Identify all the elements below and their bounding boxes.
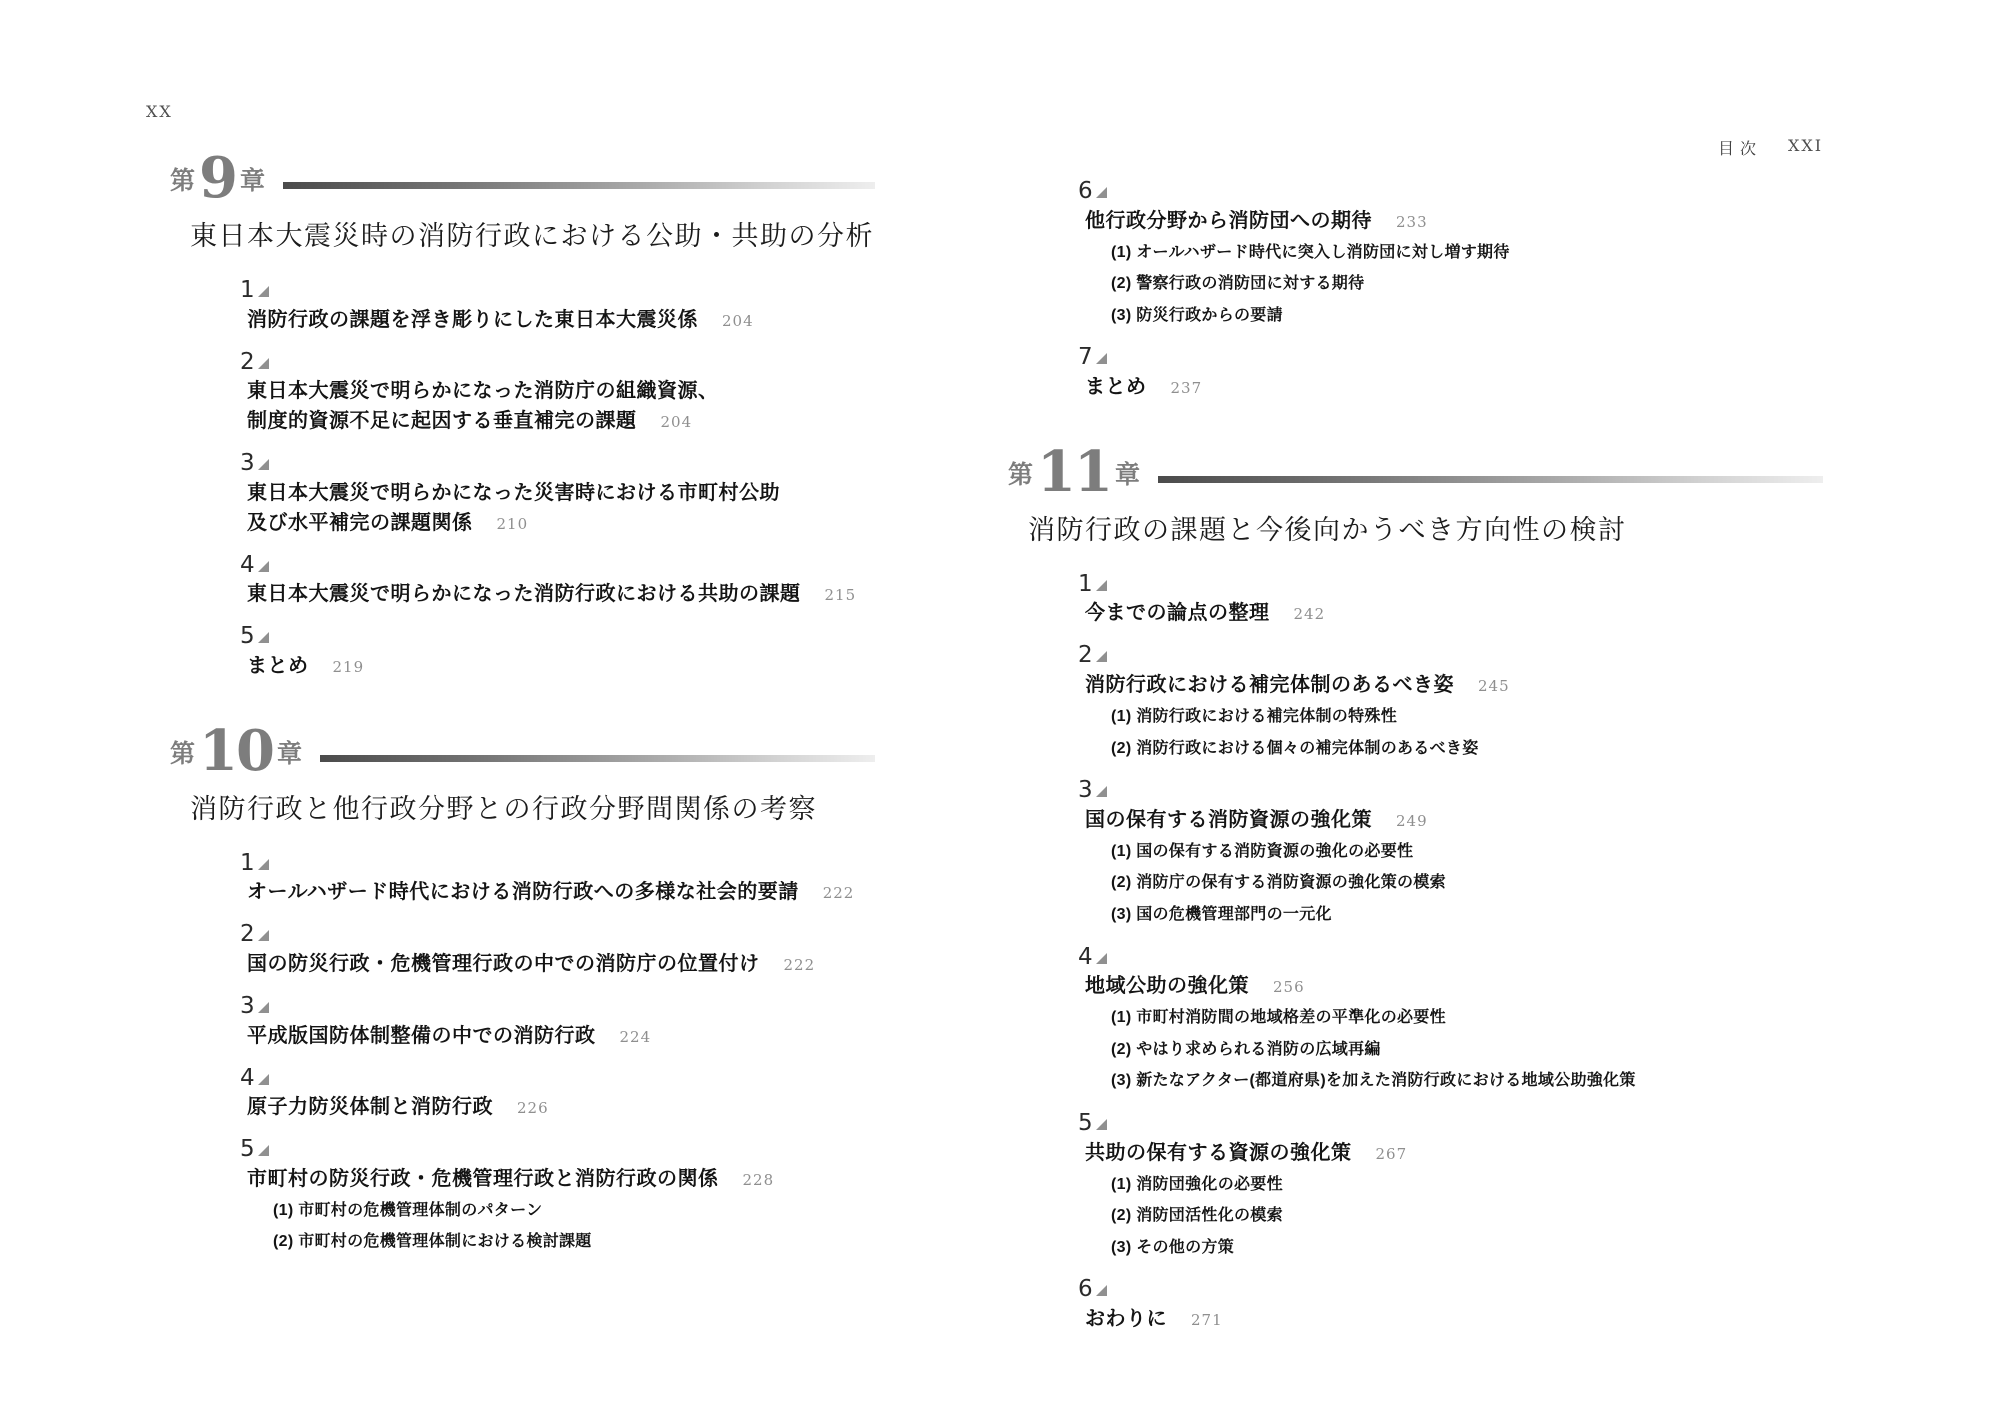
section-title-line: 今までの論点の整理242 (1085, 598, 1823, 628)
section-number-row: 5 (240, 1136, 875, 1164)
subsection-item: (1) オールハザード時代に突入し消防団に対し増す期待 (1111, 238, 1823, 268)
section-number-row: 5 (240, 623, 875, 651)
section-page-number: 237 (1171, 379, 1203, 397)
section-title-line: 市町村の防災行政・危機管理行政と消防行政の関係228 (247, 1164, 875, 1194)
section-title: 国の保有する消防資源の強化策 (1085, 809, 1372, 831)
section-title-line: 国の防災行政・危機管理行政の中での消防庁の位置付け222 (247, 949, 875, 979)
section-title: 市町村の防災行政・危機管理行政と消防行政の関係 (247, 1168, 719, 1190)
section-title-line: 制度的資源不足に起因する垂直補完の課題204 (247, 406, 875, 436)
section-marker-icon (1096, 353, 1107, 364)
chapter-number: 9 (199, 156, 236, 202)
section-marker-icon (258, 1074, 269, 1085)
section-page-number: 219 (333, 658, 365, 676)
section-number-row: 2 (240, 349, 875, 377)
section-title: 今までの論点の整理 (1085, 602, 1270, 624)
subsection-item: (3) 防災行政からの要請 (1111, 301, 1823, 331)
section-title-line: 及び水平補完の課題関係210 (247, 508, 875, 538)
toc-entry: 5共助の保有する資源の強化策267(1) 消防団強化の必要性(2) 消防団活性化… (1008, 1110, 1823, 1262)
chapter-heading: 第10章消防行政と他行政分野との行政分野間関係の考察 (170, 729, 875, 826)
section-number: 2 (1078, 642, 1093, 668)
subsection-item: (2) 警察行政の消防団に対する期待 (1111, 269, 1823, 299)
section-number: 2 (240, 349, 255, 375)
subsection-item: (2) 消防団活性化の模索 (1111, 1201, 1823, 1231)
subsection-item: (1) 市町村消防間の地域格差の平準化の必要性 (1111, 1003, 1823, 1033)
section-number-row: 4 (1078, 944, 1823, 972)
chapter-title: 消防行政と他行政分野との行政分野間関係の考察 (190, 787, 875, 826)
chapter-suffix: 章 (1115, 455, 1140, 491)
chapter-gradient-rule (283, 182, 875, 189)
section-page-number: 222 (784, 956, 816, 974)
section-page-number: 210 (497, 515, 529, 533)
section-title: 共助の保有する資源の強化策 (1085, 1142, 1352, 1164)
section-page-number: 233 (1396, 213, 1428, 231)
chapter-gradient-rule (1158, 476, 1823, 483)
section-page-number: 245 (1478, 677, 1510, 695)
section-page-number: 204 (722, 312, 754, 330)
subsection-item: (3) 国の危機管理部門の一元化 (1111, 900, 1823, 930)
toc-entry: 2消防行政における補完体制のあるべき姿245(1) 消防行政における補完体制の特… (1008, 642, 1823, 763)
section-title: 平成版国防体制整備の中での消防行政 (247, 1025, 596, 1047)
subsection-item: (1) 国の保有する消防資源の強化の必要性 (1111, 837, 1823, 867)
subsection-item: (2) やはり求められる消防の広域再編 (1111, 1035, 1823, 1065)
chapter-prefix: 第 (170, 734, 195, 770)
section-number-row: 7 (1078, 344, 1823, 372)
section-title: 東日本大震災で明らかになった消防庁の組織資源、 (247, 380, 719, 402)
section-number: 4 (240, 552, 255, 578)
section-title-line: 地域公助の強化策256 (1085, 971, 1823, 1001)
section-marker-icon (258, 859, 269, 870)
section-number-row: 1 (240, 277, 875, 305)
section-title: まとめ (247, 655, 309, 677)
section-title-line: 消防行政における補完体制のあるべき姿245 (1085, 670, 1823, 700)
section-number: 3 (1078, 777, 1093, 803)
section-number: 5 (1078, 1110, 1093, 1136)
toc-entry: 5市町村の防災行政・危機管理行政と消防行政の関係228(1) 市町村の危機管理体… (170, 1136, 875, 1257)
subsection-item: (3) 新たなアクター(都道府県)を加えた消防行政における地域公助強化策 (1111, 1066, 1823, 1096)
section-marker-icon (258, 358, 269, 369)
left-page-column: 第9章東日本大震災時の消防行政における公助・共助の分析1消防行政の課題を浮き彫り… (170, 156, 875, 1271)
chapter-heading: 第9章東日本大震災時の消防行政における公助・共助の分析 (170, 156, 875, 253)
section-number-row: 6 (1078, 1276, 1823, 1304)
section-number: 2 (240, 921, 255, 947)
section-title-line: 東日本大震災で明らかになった消防行政における共助の課題215 (247, 579, 875, 609)
section-number-row: 2 (1078, 642, 1823, 670)
section-number: 3 (240, 993, 255, 1019)
toc-entry: 6おわりに271 (1008, 1276, 1823, 1334)
section-title-line: まとめ237 (1085, 372, 1823, 402)
section-marker-icon (1096, 786, 1107, 797)
section-title: 及び水平補完の課題関係 (247, 512, 473, 534)
chapter-heading: 第11章消防行政の課題と今後向かうべき方向性の検討 (1008, 450, 1823, 547)
section-number: 5 (240, 623, 255, 649)
toc-entry: 2国の防災行政・危機管理行政の中での消防庁の位置付け222 (170, 921, 875, 979)
section-title-line: 平成版国防体制整備の中での消防行政224 (247, 1021, 875, 1051)
section-title-line: 原子力防災体制と消防行政226 (247, 1092, 875, 1122)
section-page-number: 222 (823, 884, 855, 902)
section-page-number: 271 (1191, 1311, 1223, 1329)
section-number-row: 2 (240, 921, 875, 949)
section-page-number: 224 (620, 1028, 652, 1046)
section-title-line: 共助の保有する資源の強化策267 (1085, 1138, 1823, 1168)
section-title-line: 東日本大震災で明らかになった災害時における市町村公助 (247, 478, 875, 508)
page-number-right: XXI (1788, 136, 1823, 159)
chapter-title: 消防行政の課題と今後向かうべき方向性の検討 (1028, 508, 1823, 547)
chapter-gradient-rule (320, 755, 875, 762)
section-number-row: 6 (1078, 178, 1823, 206)
page-number-left: XX (146, 102, 173, 121)
section-title: おわりに (1085, 1308, 1167, 1330)
chapter-suffix: 章 (240, 161, 265, 197)
section-marker-icon (258, 632, 269, 643)
subsection-item: (1) 市町村の危機管理体制のパターン (273, 1196, 875, 1226)
section-number-row: 4 (240, 552, 875, 580)
section-title-line: まとめ219 (247, 651, 875, 681)
toc-entry: 4原子力防災体制と消防行政226 (170, 1065, 875, 1123)
section-number: 6 (1078, 1276, 1093, 1302)
subsection-item: (3) その他の方策 (1111, 1233, 1823, 1263)
subsection-item: (1) 消防行政における補完体制の特殊性 (1111, 702, 1823, 732)
chapter-label: 第9章 (170, 156, 875, 202)
section-page-number: 249 (1396, 812, 1428, 830)
section-number: 4 (240, 1065, 255, 1091)
section-marker-icon (258, 459, 269, 470)
toc-entry: 1今までの論点の整理242 (1008, 571, 1823, 629)
section-title: 地域公助の強化策 (1085, 975, 1249, 997)
chapter-number: 10 (199, 729, 273, 775)
chapter-label: 第11章 (1008, 450, 1823, 496)
section-number: 4 (1078, 944, 1093, 970)
section-title-line: 消防行政の課題を浮き彫りにした東日本大震災係204 (247, 305, 875, 335)
toc-entry: 2東日本大震災で明らかになった消防庁の組織資源、制度的資源不足に起因する垂直補完… (170, 349, 875, 437)
section-number-row: 3 (1078, 777, 1823, 805)
section-number-row: 1 (1078, 571, 1823, 599)
toc-entry: 3国の保有する消防資源の強化策249(1) 国の保有する消防資源の強化の必要性(… (1008, 777, 1823, 929)
section-title-line: オールハザード時代における消防行政への多様な社会的要請222 (247, 877, 875, 907)
section-marker-icon (1096, 953, 1107, 964)
subsection-item: (2) 市町村の危機管理体制における検討課題 (273, 1227, 875, 1257)
section-marker-icon (258, 286, 269, 297)
section-title: 東日本大震災で明らかになった災害時における市町村公助 (247, 482, 780, 504)
chapter-number: 11 (1037, 450, 1111, 496)
section-number: 1 (240, 277, 255, 303)
section-page-number: 204 (661, 413, 693, 431)
chapter-label: 第10章 (170, 729, 875, 775)
section-number-row: 5 (1078, 1110, 1823, 1138)
section-page-number: 215 (825, 586, 857, 604)
toc-entry: 5まとめ219 (170, 623, 875, 681)
section-number-row: 1 (240, 850, 875, 878)
section-title-line: おわりに271 (1085, 1304, 1823, 1334)
running-head-right: 目次 XXI (1718, 136, 1823, 159)
subsection-item: (2) 消防行政における個々の補完体制のあるべき姿 (1111, 734, 1823, 764)
subsection-item: (1) 消防団強化の必要性 (1111, 1170, 1823, 1200)
section-marker-icon (1096, 1119, 1107, 1130)
chapter-suffix: 章 (277, 734, 302, 770)
section-title: 原子力防災体制と消防行政 (247, 1096, 493, 1118)
chapter-prefix: 第 (170, 161, 195, 197)
section-number-row: 3 (240, 993, 875, 1021)
section-marker-icon (258, 561, 269, 572)
toc-entry: 1消防行政の課題を浮き彫りにした東日本大震災係204 (170, 277, 875, 335)
section-page-number: 226 (517, 1099, 549, 1117)
section-title-line: 国の保有する消防資源の強化策249 (1085, 805, 1823, 835)
section-page-number: 256 (1273, 978, 1305, 996)
section-marker-icon (1096, 580, 1107, 591)
section-title: 消防行政の課題を浮き彫りにした東日本大震災係 (247, 309, 698, 331)
section-title: 制度的資源不足に起因する垂直補完の課題 (247, 410, 637, 432)
section-page-number: 242 (1294, 605, 1326, 623)
section-title: 消防行政における補完体制のあるべき姿 (1085, 674, 1454, 696)
section-number: 1 (1078, 571, 1093, 597)
toc-entry: 4地域公助の強化策256(1) 市町村消防間の地域格差の平準化の必要性(2) や… (1008, 944, 1823, 1096)
section-title-line: 東日本大震災で明らかになった消防庁の組織資源、 (247, 376, 875, 406)
section-marker-icon (1096, 651, 1107, 662)
section-title: 東日本大震災で明らかになった消防行政における共助の課題 (247, 583, 801, 605)
toc-entry: 6他行政分野から消防団への期待233(1) オールハザード時代に突入し消防団に対… (1008, 178, 1823, 330)
toc-entry: 7まとめ237 (1008, 344, 1823, 402)
section-title-line: 他行政分野から消防団への期待233 (1085, 206, 1823, 236)
section-title: オールハザード時代における消防行政への多様な社会的要請 (247, 881, 799, 903)
section-page-number: 267 (1376, 1145, 1408, 1163)
section-number: 5 (240, 1136, 255, 1162)
right-page-column: 6他行政分野から消防団への期待233(1) オールハザード時代に突入し消防団に対… (1008, 178, 1823, 1348)
toc-entry: 4東日本大震災で明らかになった消防行政における共助の課題215 (170, 552, 875, 610)
section-marker-icon (1096, 1285, 1107, 1296)
section-number: 7 (1078, 344, 1093, 370)
section-marker-icon (258, 930, 269, 941)
subsection-item: (2) 消防庁の保有する消防資源の強化策の模索 (1111, 868, 1823, 898)
chapter-prefix: 第 (1008, 455, 1033, 491)
section-marker-icon (258, 1002, 269, 1013)
section-title: 他行政分野から消防団への期待 (1085, 210, 1372, 232)
section-title: 国の防災行政・危機管理行政の中での消防庁の位置付け (247, 953, 760, 975)
toc-entry: 3平成版国防体制整備の中での消防行政224 (170, 993, 875, 1051)
section-number-row: 4 (240, 1065, 875, 1093)
section-marker-icon (1096, 187, 1107, 198)
section-number: 1 (240, 850, 255, 876)
section-number: 6 (1078, 178, 1093, 204)
toc-entry: 1オールハザード時代における消防行政への多様な社会的要請222 (170, 850, 875, 908)
toc-entry: 3東日本大震災で明らかになった災害時における市町村公助及び水平補完の課題関係21… (170, 450, 875, 538)
section-number-row: 3 (240, 450, 875, 478)
running-head-title: 目次 (1718, 136, 1762, 159)
section-number: 3 (240, 450, 255, 476)
section-title: まとめ (1085, 376, 1147, 398)
chapter-title: 東日本大震災時の消防行政における公助・共助の分析 (190, 214, 875, 253)
section-marker-icon (258, 1145, 269, 1156)
section-page-number: 228 (743, 1171, 775, 1189)
